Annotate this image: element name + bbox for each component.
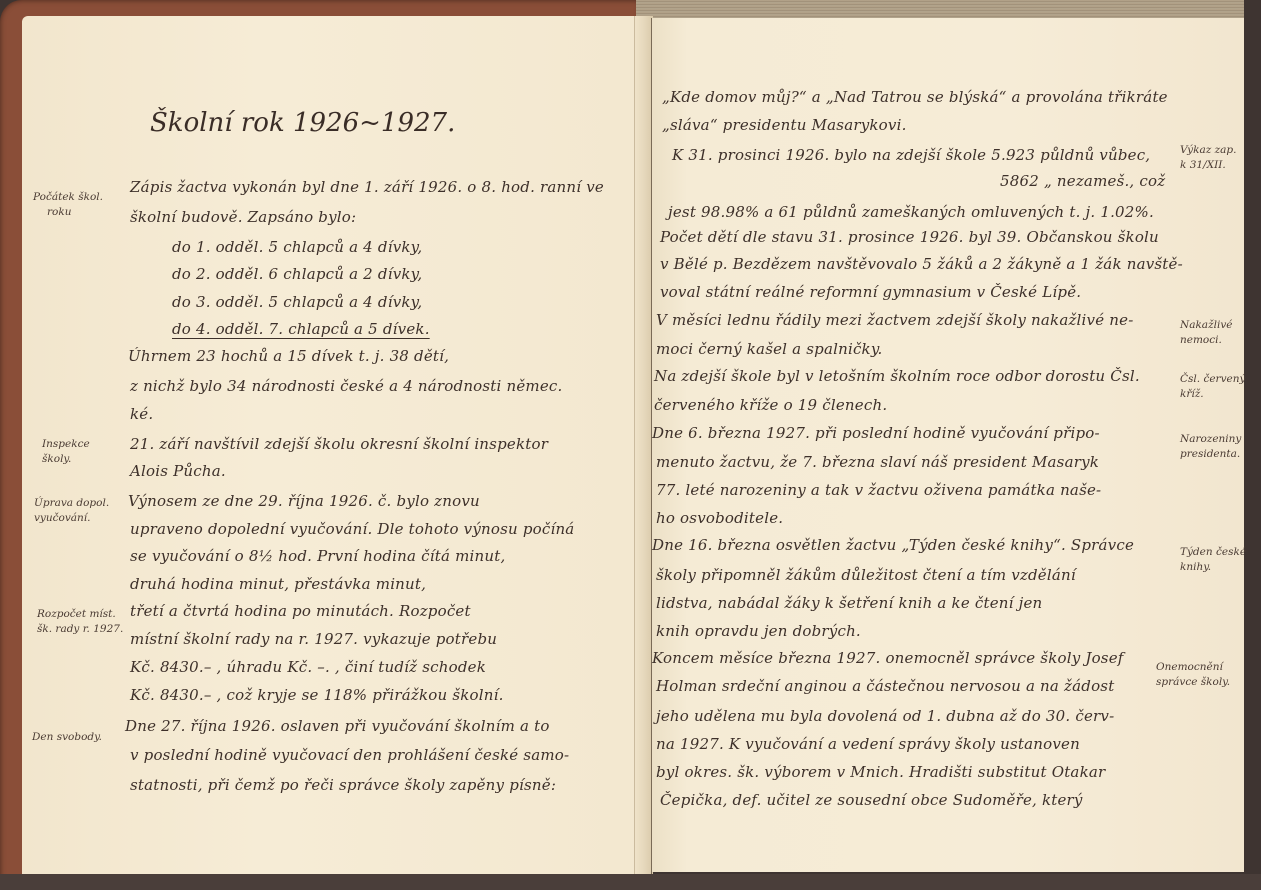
- text-line: Počet dětí dle stavu 31. prosince 1926. …: [660, 228, 1159, 246]
- margin-note-line: správce školy.: [1156, 675, 1230, 690]
- text-line: ho osvoboditele.: [656, 509, 783, 527]
- text-line: Koncem měsíce března 1927. onemocněl spr…: [652, 649, 1124, 667]
- margin-note-line: Inspekce: [42, 437, 90, 452]
- margin-note-president-birthday: Narozeniny presidenta.: [1180, 432, 1241, 462]
- text-line: statnosti, při čemž po řeči správce škol…: [130, 776, 556, 794]
- text-line: Dne 27. října 1926. oslaven při vyučován…: [125, 717, 550, 735]
- text-line: V měsíci lednu řádily mezi žactvem zdejš…: [656, 311, 1133, 329]
- margin-note-line: Počátek škol.: [33, 190, 103, 205]
- text-line: Úhrnem 23 hochů a 15 dívek t. j. 38 dětí…: [128, 347, 449, 365]
- text-line: upraveno dopolední vyučování. Dle tohoto…: [130, 520, 574, 538]
- text-line: Kč. 8430.– , což kryje se 118% přirážkou…: [130, 686, 504, 704]
- margin-note-line: Nakažlivé: [1180, 318, 1232, 333]
- margin-note-inspection: Inspekce školy.: [42, 437, 90, 467]
- text-line: „sláva“ presidentu Masarykovi.: [662, 116, 907, 134]
- text-line: lidstva, nabádal žáky k šetření knih a k…: [656, 594, 1042, 612]
- margin-note-attendance-report: Výkaz zap. k 31/XII.: [1180, 143, 1236, 173]
- margin-note-line: k 31/XII.: [1180, 158, 1236, 173]
- text-line: Čepička, def. učitel ze sousední obce Su…: [660, 791, 1083, 809]
- book-cover-bottom: [0, 874, 1261, 890]
- margin-note-line: šk. rady r. 1927.: [37, 622, 123, 637]
- text-line: v Bělé p. Bezdězem navštěvovalo 5 žáků a…: [660, 255, 1183, 273]
- margin-note-line: Úprava dopol.: [34, 496, 109, 511]
- text-line: Holman srdeční anginou a částečnou nervo…: [656, 677, 1114, 695]
- text-line: červeného kříže o 19 členech.: [654, 396, 887, 414]
- text-line: Kč. 8430.– , úhradu Kč. –. , činí tudíž …: [130, 658, 486, 676]
- text-line: 21. září navštívil zdejší školu okresní …: [130, 435, 548, 453]
- text-line: v poslední hodině vyučovací den prohláše…: [130, 746, 569, 764]
- page-title: Školní rok 1926~1927.: [150, 108, 455, 138]
- margin-note-schedule: Úprava dopol. vyučování.: [34, 496, 109, 526]
- text-line: místní školní rady na r. 1927. vykazuje …: [130, 630, 497, 648]
- text-line: do 2. odděl. 6 chlapců a 2 dívky,: [172, 265, 422, 283]
- margin-note-book-week: Týden české knihy.: [1180, 545, 1246, 575]
- text-line: Zápis žactva vykonán byl dne 1. září 192…: [130, 178, 604, 196]
- margin-note-line: nemoci.: [1180, 333, 1232, 348]
- text-line: na 1927. K vyučování a vedení správy ško…: [656, 735, 1080, 753]
- text-line: jest 98.98% a 61 půldnů zameškaných omlu…: [668, 203, 1154, 221]
- text-line: voval státní reálné reformní gymnasium v…: [660, 283, 1081, 301]
- text-line: do 1. odděl. 5 chlapců a 4 dívky,: [172, 238, 422, 256]
- margin-note-line: knihy.: [1180, 560, 1246, 575]
- margin-note-freedom-day: Den svobody.: [32, 730, 102, 745]
- text-line: druhá hodina minut, přestávka minut,: [130, 575, 426, 593]
- margin-note-school-year-start: Počátek škol. roku: [33, 190, 103, 220]
- margin-note-line: Čsl. červený: [1180, 372, 1245, 387]
- text-line: ké.: [130, 405, 153, 423]
- text-line: 5862 „ nezameš., což: [1000, 172, 1165, 190]
- margin-note-line: vyučování.: [34, 511, 109, 526]
- margin-note-line: presidenta.: [1180, 447, 1241, 462]
- text-line: do 3. odděl. 5 chlapců a 4 dívky,: [172, 293, 422, 311]
- text-line: jeho udělena mu byla dovolená od 1. dubn…: [656, 707, 1114, 725]
- text-line: Na zdejší škole byl v letošním školním r…: [654, 367, 1140, 385]
- text-line: menuto žactvu, že 7. března slaví náš pr…: [656, 453, 1099, 471]
- margin-note-line: roku: [33, 205, 103, 220]
- margin-note-red-cross: Čsl. červený kříž.: [1180, 372, 1245, 402]
- text-line: moci černý kašel a spalničky.: [656, 340, 883, 358]
- text-line: Dne 6. března 1927. při poslední hodině …: [652, 424, 1100, 442]
- page-stack-edge: [636, 0, 1246, 18]
- background-right-edge: [1244, 0, 1261, 890]
- margin-note-line: Narozeniny: [1180, 432, 1241, 447]
- text-line: knih opravdu jen dobrých.: [656, 622, 861, 640]
- text-line: byl okres. šk. výborem v Mnich. Hradišti…: [656, 763, 1105, 781]
- margin-note-line: Týden české: [1180, 545, 1246, 560]
- text-line: 77. leté narozeniny a tak v žactvu ožive…: [656, 481, 1101, 499]
- text-line: Dne 16. března osvětlen žactvu „Týden če…: [652, 536, 1134, 554]
- margin-note-line: Rozpočet míst.: [37, 607, 123, 622]
- text-line: K 31. prosinci 1926. bylo na zdejší škol…: [672, 146, 1150, 164]
- margin-note-line: Výkaz zap.: [1180, 143, 1236, 158]
- margin-note-headmaster-illness: Onemocnění správce školy.: [1156, 660, 1230, 690]
- text-line: školní budově. Zapsáno bylo:: [130, 208, 356, 226]
- text-line: školy připomněl žákům důležitost čtení a…: [656, 566, 1076, 584]
- margin-note-line: Den svobody.: [32, 730, 102, 745]
- margin-note-budget: Rozpočet míst. šk. rady r. 1927.: [37, 607, 123, 637]
- text-line: se vyučování o 8½ hod. První hodina čítá…: [130, 547, 505, 565]
- text-line: Alois Půcha.: [130, 462, 226, 480]
- text-line: třetí a čtvrtá hodina po minutách. Rozpo…: [130, 602, 471, 620]
- margin-note-line: školy.: [42, 452, 90, 467]
- text-line: Výnosem ze dne 29. října 1926. č. bylo z…: [128, 492, 480, 510]
- margin-note-line: Onemocnění: [1156, 660, 1230, 675]
- margin-note-line: kříž.: [1180, 387, 1245, 402]
- text-line: do 4. odděl. 7. chlapců a 5 dívek.: [172, 320, 430, 338]
- text-line: „Kde domov můj?“ a „Nad Tatrou se blýská…: [662, 88, 1168, 106]
- text-line: z nichž bylo 34 národnosti české a 4 nár…: [130, 377, 563, 395]
- margin-note-contagious-diseases: Nakažlivé nemoci.: [1180, 318, 1232, 348]
